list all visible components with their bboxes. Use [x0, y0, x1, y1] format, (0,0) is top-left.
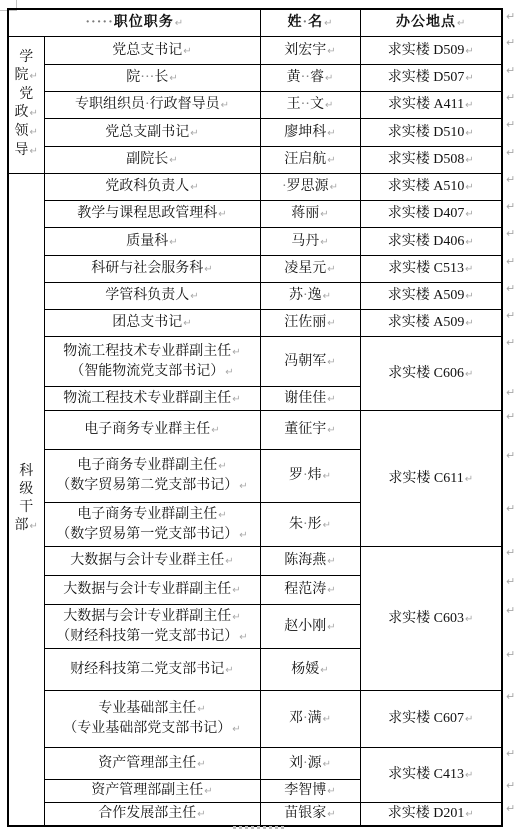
name-text: 赵小刚	[284, 619, 326, 634]
row-end-mark-icon: ↵	[506, 310, 515, 321]
space-mark: ·	[303, 468, 308, 483]
name-cell: 凌星元↵	[260, 256, 360, 283]
header-name-label: 姓·名	[287, 15, 323, 30]
name-cell: 谢佳佳↵	[260, 387, 360, 411]
position-cell: 合作发展部主任↵	[44, 803, 260, 826]
position-text: 资产管理部副主任	[91, 783, 203, 798]
paragraph-mark-icon: ↵	[30, 521, 38, 532]
location-text: 求实楼 D507	[388, 70, 465, 85]
location-cell: 求实楼 C607↵	[360, 691, 502, 748]
position-cell: 科研与社会服务科↵	[44, 256, 260, 283]
position-text: （智能物流党支部书记）	[70, 364, 224, 379]
position-text: （数字贸易第一党支部书记）	[56, 527, 238, 542]
paragraph-mark-icon: ↵	[327, 264, 335, 275]
name-cell: ·罗思源↵	[260, 174, 360, 201]
table-row: 科级干部↵党政科负责人↵·罗思源↵求实楼 A510↵	[8, 174, 502, 201]
space-mark: ·	[302, 15, 308, 30]
paragraph-mark-icon: ↵	[169, 73, 177, 84]
paragraph-mark-icon: ↵	[465, 369, 473, 380]
paragraph-mark-icon: ↵	[327, 786, 335, 797]
paragraph-mark-icon: ↵	[323, 471, 331, 482]
paragraph-mark-icon: ↵	[225, 367, 233, 378]
document-page: ·····职位职务↵ 姓·名↵ 办公地点↵ 学院↵党政↵领↵导↵党总支书记↵刘宏…	[0, 0, 524, 831]
group-label-char: 党	[19, 87, 33, 102]
name-cell: 廖坤科↵	[260, 119, 360, 147]
row-end-mark-icon: ↵	[506, 228, 515, 239]
name-cell: 赵小刚↵	[260, 605, 360, 649]
group-label-char-line: 科	[9, 463, 44, 481]
table-row: 电子商务专业群主任↵董征宇↵求实楼 C611↵	[8, 411, 502, 450]
name-cell: 邓·满↵	[260, 691, 360, 748]
position-cell: 财经科技第二党支部书记↵	[44, 649, 260, 691]
paragraph-mark-icon: ↵	[30, 71, 38, 82]
position-cell: 党政科负责人↵	[44, 174, 260, 201]
table-row: 团总支书记↵汪佐丽↵求实楼 A509↵	[8, 310, 502, 337]
paragraph-mark-icon: ↵	[232, 612, 240, 623]
paragraph-mark-icon: ↵	[323, 714, 331, 725]
position-line: 专职组织员·行政督导员↵	[45, 95, 260, 115]
position-line: （数字贸易第二党支部书记）↵	[45, 476, 260, 496]
location-text: 求实楼 C603	[388, 611, 464, 626]
space-mark: ·	[305, 70, 310, 85]
position-cell: 资产管理部副主任↵	[44, 780, 260, 803]
position-line: 合作发展部主任↵	[45, 804, 260, 824]
name-text: 程范涛	[284, 582, 326, 597]
group-label-char-line: 政↵	[9, 104, 44, 123]
position-text: 合作发展部主任	[98, 806, 196, 821]
location-cell: 求实楼 D507↵	[360, 65, 502, 92]
row-end-mark-icon: ↵	[506, 803, 515, 814]
table-row: 党总支副书记↵廖坤科↵求实楼 D510↵	[8, 119, 502, 147]
row-end-mark-icon: ↵	[506, 605, 515, 616]
row-end-mark-icon: ↵	[506, 450, 515, 461]
group-label-char: 干	[19, 500, 33, 515]
paragraph-mark-icon: ↵	[232, 347, 240, 358]
paragraph-mark-icon: ↵	[183, 46, 191, 57]
position-cell: 党总支副书记↵	[44, 119, 260, 147]
row-end-mark-icon: ↵	[506, 576, 515, 587]
group-label-char: 导	[15, 143, 29, 158]
paragraph-mark-icon: ↵	[211, 425, 219, 436]
group-label-char: 学	[19, 50, 33, 65]
paragraph-mark-icon: ↵	[465, 809, 473, 820]
table-header-row: ·····职位职务↵ 姓·名↵ 办公地点↵	[8, 9, 502, 37]
paragraph-mark-icon: ↵	[465, 474, 473, 485]
position-line: 物流工程技术专业群副主任↵	[45, 389, 260, 409]
position-text: （专业基础部党支部书记）	[63, 721, 231, 736]
paragraph-mark-icon: ↵	[465, 770, 473, 781]
name-text: 马丹	[291, 234, 319, 249]
location-text: 求实楼 A509	[388, 288, 465, 303]
group-label-section-cadres: 科级干部↵	[8, 174, 44, 826]
position-line: 团总支书记↵	[45, 313, 260, 333]
position-line: （数字贸易第一党支部书记）↵	[45, 525, 260, 545]
position-line: 电子商务专业群副主任↵	[45, 505, 260, 525]
location-cell: 求实楼 D407↵	[360, 201, 502, 228]
row-end-mark-icon: ↵	[506, 337, 515, 348]
row-end-mark-icon: ↵	[506, 174, 515, 185]
row-end-mark-icon: ↵	[506, 283, 515, 294]
position-text: 党总支书记	[112, 43, 182, 58]
position-line: 质量科↵	[45, 232, 260, 252]
paragraph-mark-icon: ↵	[320, 665, 328, 676]
position-line: 专业基础部主任↵	[45, 699, 260, 719]
location-cell: 求实楼 A411↵	[360, 92, 502, 119]
space-mark: ·	[305, 97, 310, 112]
group-label-char: 领	[15, 124, 29, 139]
name-text: 董征宇	[284, 422, 326, 437]
paragraph-mark-icon: ↵	[183, 318, 191, 329]
location-cell: 求实楼 D406↵	[360, 228, 502, 256]
name-text: 苏·逸	[289, 288, 322, 303]
location-text: 求实楼 A411	[388, 97, 464, 112]
position-cell: 电子商务专业群主任↵	[44, 411, 260, 450]
space-mark: ·	[108, 15, 114, 30]
group-label-char-line: 领↵	[9, 123, 44, 142]
paragraph-mark-icon: ↵	[327, 128, 335, 139]
name-text: 谢佳佳	[284, 391, 326, 406]
location-text: 求实楼 D508	[388, 152, 465, 167]
header-position-label: ·····职位职务	[85, 15, 173, 30]
section-break-mark	[233, 826, 285, 829]
position-text: 电子商务专业群副主任	[77, 458, 217, 473]
group-label-char-line: 部↵	[9, 517, 44, 536]
space-mark: ·	[145, 97, 150, 112]
staff-directory-table: ·····职位职务↵ 姓·名↵ 办公地点↵ 学院↵党政↵领↵导↵党总支书记↵刘宏…	[7, 8, 503, 827]
paragraph-mark-icon: ↵	[30, 127, 38, 138]
location-text: 求实楼 C606	[388, 366, 464, 381]
name-text: 刘·源	[289, 756, 322, 771]
position-line: 电子商务专业群主任↵	[45, 420, 260, 440]
group-label-char-line: 导↵	[9, 142, 44, 161]
table-row: 资产管理部主任↵刘·源↵求实楼 C413↵	[8, 748, 502, 780]
paragraph-mark-icon: ↵	[327, 585, 335, 596]
group-label-char-line: 干	[9, 499, 44, 517]
position-cell: 教学与课程思政管理科↵	[44, 201, 260, 228]
location-text: 求实楼 A509	[388, 315, 465, 330]
name-cell: 汪启航↵	[260, 147, 360, 174]
position-cell: 大数据与会计专业群副主任↵（财经科技第一党支部书记）↵	[44, 605, 260, 649]
position-cell: 大数据与会计专业群主任↵	[44, 547, 260, 576]
paragraph-mark-icon: ↵	[225, 556, 233, 567]
position-text: 大数据与会计专业群主任	[70, 553, 224, 568]
paragraph-mark-icon: ↵	[327, 155, 335, 166]
paragraph-mark-icon: ↵	[325, 100, 333, 111]
table-row: 院···长↵黄··睿↵求实楼 D507↵	[8, 65, 502, 92]
row-end-mark-icon: ↵	[506, 547, 515, 558]
group-label-char-line: 院↵	[9, 67, 44, 86]
paragraph-mark-icon: ↵	[327, 318, 335, 329]
table-row: 科研与社会服务科↵凌星元↵求实楼 C513↵	[8, 256, 502, 283]
name-text: 冯朝军	[284, 354, 326, 369]
paragraph-mark-icon: ↵	[465, 237, 473, 248]
location-cell: 求实楼 A509↵	[360, 310, 502, 337]
position-text: 质量科	[126, 234, 168, 249]
table-row: 大数据与会计专业群主任↵陈海燕↵求实楼 C603↵	[8, 547, 502, 576]
position-cell: 资产管理部主任↵	[44, 748, 260, 780]
position-line: （智能物流党支部书记）↵	[45, 362, 260, 382]
location-text: 求实楼 C513	[388, 261, 464, 276]
position-text: 学管科负责人	[105, 288, 189, 303]
paragraph-mark-icon: ↵	[465, 291, 473, 302]
row-end-mark-icon: ↵	[506, 691, 515, 702]
name-cell: 蒋丽↵	[260, 201, 360, 228]
name-text: 黄··睿	[287, 70, 324, 85]
location-text: 求实楼 C413	[388, 767, 464, 782]
position-line: 电子商务专业群副主任↵	[45, 456, 260, 476]
name-text: 凌星元	[284, 261, 326, 276]
group-label-char: 部	[15, 518, 29, 533]
table-row: 教学与课程思政管理科↵蒋丽↵求实楼 D407↵	[8, 201, 502, 228]
position-text: 团总支书记	[112, 315, 182, 330]
position-text: （财经科技第一党支部书记）	[56, 629, 238, 644]
paragraph-mark-icon: ↵	[323, 291, 331, 302]
paragraph-mark-icon: ↵	[465, 155, 473, 166]
group-label-char: 院	[15, 68, 29, 83]
location-text: 求实楼 D406	[388, 234, 465, 249]
paragraph-mark-icon: ↵	[197, 759, 205, 770]
table-row: 学管科负责人↵苏·逸↵求实楼 A509↵	[8, 283, 502, 310]
position-text: 大数据与会计专业群副主任	[63, 609, 231, 624]
name-cell: 刘宏宇↵	[260, 37, 360, 65]
paragraph-mark-icon: ↵	[232, 394, 240, 405]
name-cell: 陈海燕↵	[260, 547, 360, 576]
position-line: 财经科技第二党支部书记↵	[45, 660, 260, 680]
name-text: 廖坤科	[284, 125, 326, 140]
paragraph-mark-icon: ↵	[465, 73, 473, 84]
position-cell: 物流工程技术专业群副主任↵（智能物流党支部书记）↵	[44, 337, 260, 387]
name-cell: 黄··睿↵	[260, 65, 360, 92]
name-text: 李智博	[284, 783, 326, 798]
position-line: 科研与社会服务科↵	[45, 259, 260, 279]
position-line: 资产管理部主任↵	[45, 754, 260, 774]
paragraph-mark-icon: ↵	[327, 46, 335, 57]
paragraph-mark-icon: ↵	[327, 394, 335, 405]
position-line: 党总支副书记↵	[45, 123, 260, 143]
paragraph-mark-icon: ↵	[323, 520, 331, 531]
row-end-mark-icon: ↵	[506, 92, 515, 103]
space-mark: ·	[303, 711, 308, 726]
space-mark: ·	[303, 517, 308, 532]
position-cell: 电子商务专业群副主任↵（数字贸易第二党支部书记）↵	[44, 450, 260, 503]
position-cell: 大数据与会计专业群副主任↵	[44, 576, 260, 605]
paragraph-mark-icon: ↵	[190, 291, 198, 302]
paragraph-mark-icon: ↵	[465, 614, 473, 625]
name-cell: 马丹↵	[260, 228, 360, 256]
position-text: 副院长	[126, 152, 168, 167]
row-end-mark-icon: ↵	[506, 65, 515, 76]
name-cell: 李智博↵	[260, 780, 360, 803]
position-line: 院···长↵	[45, 68, 260, 88]
location-text: 求实楼 C607	[388, 711, 464, 726]
location-cell: 求实楼 D510↵	[360, 119, 502, 147]
location-text: 求实楼 C611	[388, 471, 463, 486]
position-line: 教学与课程思政管理科↵	[45, 204, 260, 224]
paragraph-mark-icon: ↵	[324, 18, 332, 29]
paragraph-mark-icon: ↵	[190, 128, 198, 139]
position-text: 电子商务专业群副主任	[77, 507, 217, 522]
position-text: 党政科负责人	[105, 179, 189, 194]
position-cell: 院···长↵	[44, 65, 260, 92]
location-text: 求实楼 D201	[388, 806, 465, 821]
position-cell: 物流工程技术专业群副主任↵	[44, 387, 260, 411]
position-line: 学管科负责人↵	[45, 286, 260, 306]
group-label-char: 级	[19, 482, 33, 497]
paragraph-mark-icon: ↵	[169, 237, 177, 248]
location-text: 求实楼 A510	[388, 179, 465, 194]
table-row: 学院↵党政↵领↵导↵党总支书记↵刘宏宇↵求实楼 D509↵	[8, 37, 502, 65]
paragraph-mark-icon: ↵	[232, 585, 240, 596]
paragraph-mark-icon: ↵	[30, 108, 38, 119]
paragraph-mark-icon: ↵	[465, 46, 473, 57]
position-text: 教学与课程思政管理科	[77, 206, 217, 221]
location-cell: 求实楼 C606↵	[360, 337, 502, 411]
position-cell: 专业基础部主任↵（专业基础部党支部书记）↵	[44, 691, 260, 748]
header-location-label: 办公地点	[396, 15, 456, 30]
paragraph-mark-icon: ↵	[190, 182, 198, 193]
paragraph-mark-icon: ↵	[225, 665, 233, 676]
position-cell: 专职组织员·行政督导员↵	[44, 92, 260, 119]
name-cell: 王··文↵	[260, 92, 360, 119]
paragraph-mark-icon: ↵	[232, 724, 240, 735]
paragraph-mark-icon: ↵	[465, 714, 473, 725]
name-text: 罗·炜	[289, 468, 322, 483]
position-line: 党政科负责人↵	[45, 177, 260, 197]
name-cell: 程范涛↵	[260, 576, 360, 605]
position-line: （专业基础部党支部书记）↵	[45, 719, 260, 739]
position-text: 专业基础部主任	[98, 701, 196, 716]
name-cell: 罗·炜↵	[260, 450, 360, 503]
space-mark: ·	[150, 70, 155, 85]
paragraph-mark-icon: ↵	[320, 237, 328, 248]
paragraph-mark-icon: ↵	[465, 182, 473, 193]
name-text: 蒋丽	[291, 206, 319, 221]
position-text: 专职组织员·行政督导员	[75, 97, 220, 112]
name-cell: 刘·源↵	[260, 748, 360, 780]
name-cell: 朱·彤↵	[260, 503, 360, 547]
table-row: 合作发展部主任↵苗银家↵求实楼 D201↵	[8, 803, 502, 826]
position-text: 党总支副书记	[105, 125, 189, 140]
location-cell: 求实楼 A509↵	[360, 283, 502, 310]
group-label-char: 政	[15, 105, 29, 120]
position-cell: 质量科↵	[44, 228, 260, 256]
position-cell: 团总支书记↵	[44, 310, 260, 337]
location-cell: 求实楼 C611↵	[360, 411, 502, 547]
name-text: 刘宏宇	[284, 43, 326, 58]
location-text: 求实楼 D509	[388, 43, 465, 58]
paragraph-mark-icon: ↵	[197, 809, 205, 820]
paragraph-mark-icon: ↵	[320, 209, 328, 220]
name-cell: 苗银家↵	[260, 803, 360, 826]
group-label-char: 科	[19, 464, 33, 479]
position-cell: 党总支书记↵	[44, 37, 260, 65]
name-text: 苗银家	[284, 806, 326, 821]
header-name: 姓·名↵	[260, 9, 360, 37]
group-label-college-leadership: 学院↵党政↵领↵导↵	[8, 37, 44, 174]
position-cell: 电子商务专业群副主任↵（数字贸易第一党支部书记）↵	[44, 503, 260, 547]
position-line: 资产管理部副主任↵	[45, 781, 260, 801]
row-end-mark-icon: ↵	[506, 780, 515, 791]
position-line: 大数据与会计专业群主任↵	[45, 551, 260, 571]
paragraph-mark-icon: ↵	[218, 209, 226, 220]
row-end-mark-icon: ↵	[506, 11, 515, 22]
position-line: （财经科技第一党支部书记）↵	[45, 627, 260, 647]
paragraph-mark-icon: ↵	[221, 100, 229, 111]
space-mark: ·	[282, 179, 287, 194]
position-text: 物流工程技术专业群副主任	[63, 391, 231, 406]
position-cell: 副院长↵	[44, 147, 260, 174]
paragraph-mark-icon: ↵	[457, 18, 465, 29]
row-end-mark-icon: ↵	[506, 503, 515, 514]
paragraph-mark-icon: ↵	[465, 318, 473, 329]
row-end-mark-icon: ↵	[506, 649, 515, 660]
paragraph-mark-icon: ↵	[327, 622, 335, 633]
name-text: ·罗思源	[282, 179, 329, 194]
paragraph-mark-icon: ↵	[465, 209, 473, 220]
space-mark: ·	[303, 756, 308, 771]
group-label-char-line: 党	[9, 86, 44, 104]
space-mark: ·	[303, 288, 308, 303]
position-text: 物流工程技术专业群副主任	[63, 344, 231, 359]
paragraph-mark-icon: ↵	[327, 357, 335, 368]
paragraph-mark-icon: ↵	[327, 809, 335, 820]
paragraph-mark-icon: ↵	[465, 100, 473, 111]
name-text: 朱·彤	[289, 517, 322, 532]
location-text: 求实楼 D407	[388, 206, 465, 221]
location-cell: 求实楼 C603↵	[360, 547, 502, 691]
group-label-char-line: 学	[9, 49, 44, 67]
paragraph-mark-icon: ↵	[239, 481, 247, 492]
location-cell: 求实楼 D508↵	[360, 147, 502, 174]
position-text: 科研与社会服务科	[91, 261, 203, 276]
name-text: 汪启航	[284, 152, 326, 167]
paragraph-mark-icon: ↵	[204, 264, 212, 275]
row-end-mark-icon: ↵	[506, 201, 515, 212]
row-end-mark-icon: ↵	[506, 748, 515, 759]
position-text: 资产管理部主任	[98, 756, 196, 771]
name-text: 汪佐丽	[284, 315, 326, 330]
name-text: 邓·满	[289, 711, 322, 726]
paragraph-mark-icon: ↵	[465, 128, 473, 139]
paragraph-mark-icon: ↵	[197, 704, 205, 715]
position-text: （数字贸易第二党支部书记）	[56, 478, 238, 493]
name-cell: 苏·逸↵	[260, 283, 360, 310]
row-end-mark-icon: ↵	[506, 411, 515, 422]
position-line: 党总支书记↵	[45, 41, 260, 61]
paragraph-mark-icon: ↵	[218, 510, 226, 521]
paragraph-mark-icon: ↵	[169, 155, 177, 166]
name-text: 王··文	[287, 97, 324, 112]
position-line: 大数据与会计专业群副主任↵	[45, 607, 260, 627]
position-text: 大数据与会计专业群副主任	[63, 582, 231, 597]
paragraph-mark-icon: ↵	[327, 556, 335, 567]
position-line: 副院长↵	[45, 150, 260, 170]
position-line: 物流工程技术专业群副主任↵	[45, 342, 260, 362]
name-cell: 董征宇↵	[260, 411, 360, 450]
location-text: 求实楼 D510	[388, 125, 465, 140]
paragraph-mark-icon: ↵	[239, 632, 247, 643]
location-cell: 求实楼 D201↵	[360, 803, 502, 826]
paragraph-mark-icon: ↵	[218, 461, 226, 472]
paragraph-mark-icon: ↵	[239, 530, 247, 541]
position-cell: 学管科负责人↵	[44, 283, 260, 310]
location-cell: 求实楼 C413↵	[360, 748, 502, 803]
table-row: 专业基础部主任↵（专业基础部党支部书记）↵邓·满↵求实楼 C607↵	[8, 691, 502, 748]
paragraph-mark-icon: ↵	[327, 425, 335, 436]
position-text: 电子商务专业群主任	[84, 422, 210, 437]
table-row: 专职组织员·行政督导员↵王··文↵求实楼 A411↵	[8, 92, 502, 119]
paragraph-mark-icon: ↵	[175, 18, 183, 29]
